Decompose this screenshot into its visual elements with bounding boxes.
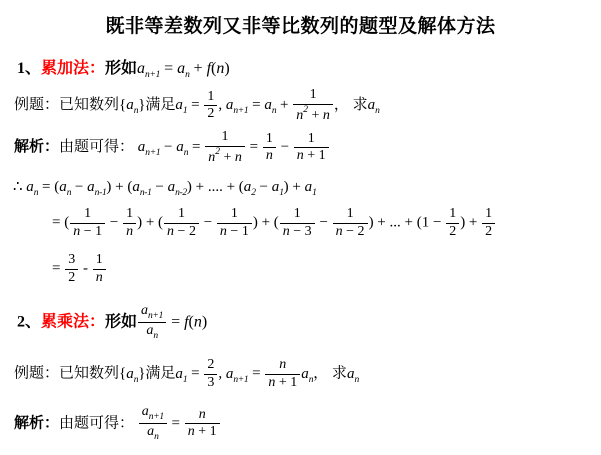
- math-var: an+1: [226, 366, 249, 382]
- subscript: n+1: [145, 148, 160, 158]
- math-symbol: −: [106, 215, 122, 231]
- math-symbol: − 1: [227, 224, 249, 239]
- math-var: n: [283, 224, 290, 239]
- text-run: ， 求: [334, 97, 368, 113]
- fraction-numerator: 1: [204, 89, 217, 106]
- math-var: an-1: [87, 179, 106, 195]
- text-run: 累乘法：: [41, 314, 105, 331]
- fraction-denominator: n2 + n: [205, 146, 245, 167]
- fraction-numerator: an+1: [138, 303, 166, 322]
- math-symbol: 1: [347, 206, 354, 221]
- math-var: n2: [208, 150, 220, 165]
- fraction-denominator: n + 1: [294, 147, 329, 165]
- fraction-denominator: 2: [482, 223, 495, 241]
- math-symbol: 3: [68, 252, 75, 267]
- math-var: an: [26, 179, 38, 195]
- fraction: an+1an: [138, 303, 166, 343]
- math-symbol: ) + (: [106, 179, 132, 195]
- math-symbol: +: [220, 150, 235, 165]
- math-symbol: − 3: [290, 224, 312, 239]
- math-var: n: [194, 314, 202, 331]
- math-var: an-1: [132, 179, 151, 195]
- fraction-numerator: 1: [93, 252, 106, 269]
- math-var: n2: [296, 108, 308, 123]
- math-symbol: 2: [68, 270, 75, 285]
- subscript: n+1: [233, 375, 248, 385]
- fraction-denominator: n: [123, 223, 136, 241]
- subscript: n-1: [140, 188, 152, 198]
- math-symbol: 1: [231, 206, 238, 221]
- math-var: n: [266, 148, 273, 163]
- fraction-denominator: n + 1: [185, 423, 220, 441]
- math-symbol: 1: [178, 206, 185, 221]
- math-var: a1: [272, 179, 284, 195]
- section2-analysis: 解析：由题可得： an+1an = nn + 1: [14, 404, 221, 444]
- document-page: 既非等差数列又非等比数列的题型及解体方法 1、累加法：形如an+1 = an +…: [0, 0, 601, 455]
- math-symbol: 2: [207, 357, 214, 372]
- fraction-denominator: 3: [204, 374, 217, 392]
- text-run: 累加法：: [41, 60, 105, 77]
- fraction: an+1an: [139, 404, 167, 444]
- subscript: n-2: [175, 188, 187, 198]
- fraction: 12: [482, 206, 495, 241]
- section1-expansion: = (1n − 1 − 1n) + (1n − 2 − 1n − 1) + (1…: [52, 206, 496, 241]
- math-symbol: ) +: [460, 215, 481, 231]
- subscript: n-1: [95, 188, 107, 198]
- fraction: 1n: [93, 252, 106, 287]
- math-symbol: −: [200, 215, 216, 231]
- math-symbol: −: [256, 179, 272, 195]
- math-var: an: [146, 323, 157, 338]
- math-symbol: + 1: [275, 375, 297, 390]
- fraction: 1n − 1: [70, 206, 105, 241]
- subscript: n: [154, 432, 158, 442]
- math-var: an: [126, 366, 138, 382]
- fraction: 1n − 2: [333, 206, 368, 241]
- math-symbol: ) + (: [137, 215, 163, 231]
- text-run: 满足: [145, 366, 175, 382]
- math-symbol: 1: [207, 89, 214, 104]
- fraction: nn + 1: [265, 357, 300, 392]
- math-var: n: [279, 357, 286, 372]
- math-symbol: =: [167, 314, 184, 331]
- fraction: 23: [204, 357, 217, 392]
- math-var: n: [323, 108, 330, 123]
- fraction-numerator: an+1: [139, 404, 167, 423]
- math-symbol: 1: [485, 206, 492, 221]
- math-symbol: [134, 415, 138, 431]
- text-run: 由题可得：: [59, 415, 134, 431]
- math-symbol: − 1: [80, 224, 102, 239]
- math-var: an-2: [168, 179, 187, 195]
- math-symbol: −: [152, 179, 168, 195]
- math-symbol: =: [187, 97, 203, 113]
- math-var: n: [220, 224, 227, 239]
- text-run: 解析：: [14, 415, 59, 431]
- text-run: 1、: [17, 60, 41, 77]
- math-var: n: [336, 224, 343, 239]
- math-symbol: =: [160, 60, 177, 77]
- math-symbol: −: [277, 139, 293, 155]
- fraction-numerator: n: [185, 407, 220, 424]
- math-symbol: =: [248, 97, 264, 113]
- math-var: an: [368, 97, 380, 113]
- math-var: n: [126, 224, 133, 239]
- fraction-numerator: 1: [164, 206, 199, 223]
- math-symbol: 1: [294, 206, 301, 221]
- math-symbol: =: [188, 139, 204, 155]
- fraction-numerator: 1: [280, 206, 315, 223]
- math-symbol: = (: [52, 215, 69, 231]
- math-symbol: ) +: [284, 179, 305, 195]
- math-var: an+1: [138, 139, 161, 155]
- subscript: n+1: [145, 70, 160, 80]
- math-symbol: =: [52, 261, 64, 277]
- math-symbol: +: [276, 97, 292, 113]
- subscript: n: [153, 331, 157, 341]
- text-run: 例题：: [14, 97, 59, 113]
- text-run: 例题：: [14, 366, 59, 382]
- math-symbol: 1: [310, 87, 317, 102]
- fraction-numerator: 1: [217, 206, 252, 223]
- section1-analysis: 解析：由题可得： an+1 − an = 1n2 + n = 1n − 1n +…: [14, 129, 330, 167]
- math-var: an: [177, 60, 189, 77]
- fraction: 1n + 1: [294, 131, 329, 166]
- section1-heading: 1、累加法：形如an+1 = an + f(n): [17, 55, 230, 80]
- math-symbol: 2: [485, 224, 492, 239]
- math-symbol: =: [246, 139, 262, 155]
- fraction-numerator: 1: [294, 131, 329, 148]
- math-symbol: ) + ... + (1 −: [369, 215, 446, 231]
- subscript: n+1: [233, 106, 248, 116]
- text-run: ， 求: [313, 366, 347, 382]
- fraction: 1n2 + n: [293, 87, 333, 125]
- fraction-denominator: 2: [65, 269, 78, 287]
- math-var: an+1: [137, 60, 160, 77]
- fraction-denominator: n: [93, 269, 106, 287]
- fraction-denominator: n − 3: [280, 223, 315, 241]
- section1-result: = 32 - 1n: [52, 252, 107, 287]
- fraction-denominator: n − 1: [217, 223, 252, 241]
- text-run: 由题可得：: [59, 139, 134, 155]
- math-var: n: [199, 407, 206, 422]
- math-symbol: ∴: [13, 179, 26, 195]
- fraction-numerator: 1: [205, 129, 245, 146]
- math-symbol: 1: [222, 129, 229, 144]
- subscript: n: [375, 106, 379, 116]
- subscript: n+1: [149, 412, 164, 422]
- fraction-numerator: 1: [70, 206, 105, 223]
- math-symbol: 3: [207, 375, 214, 390]
- math-var: n: [297, 148, 304, 163]
- math-symbol: + 1: [304, 148, 326, 163]
- math-var: n: [235, 150, 242, 165]
- math-symbol: -: [79, 261, 92, 277]
- fraction: 1n: [123, 206, 136, 241]
- text-run: 已知数列: [59, 366, 119, 382]
- text-run: 形如: [105, 60, 137, 77]
- math-symbol: ,: [218, 366, 226, 382]
- math-symbol: 1: [266, 131, 273, 146]
- math-symbol: −: [160, 139, 176, 155]
- math-symbol: − 2: [343, 224, 365, 239]
- fraction-denominator: n − 2: [164, 223, 199, 241]
- subscript: n+1: [148, 311, 163, 321]
- section1-telescope: ∴ an = (an − an-1) + (an-1 − an-2) + ...…: [13, 177, 317, 198]
- math-symbol: ): [224, 60, 229, 77]
- fraction-denominator: 2: [204, 105, 217, 123]
- fraction: 1n − 2: [164, 206, 199, 241]
- text-run: 已知数列: [59, 97, 119, 113]
- math-symbol: ,: [218, 97, 226, 113]
- fraction: 1n − 1: [217, 206, 252, 241]
- math-symbol: =: [187, 366, 203, 382]
- math-symbol: +: [308, 108, 323, 123]
- fraction-numerator: 1: [123, 206, 136, 223]
- math-symbol: + 1: [195, 424, 217, 439]
- math-symbol: 1: [96, 252, 103, 267]
- math-symbol: 2: [207, 106, 214, 121]
- text-run: 形如: [105, 314, 137, 331]
- fraction-numerator: 1: [333, 206, 368, 223]
- subscript: n: [354, 375, 358, 385]
- math-var: a1: [305, 179, 317, 195]
- fraction-numerator: 1: [293, 87, 333, 104]
- fraction-denominator: n − 2: [333, 223, 368, 241]
- math-var: an+1: [142, 404, 164, 419]
- math-symbol: ): [202, 314, 207, 331]
- math-symbol: −: [71, 179, 87, 195]
- math-symbol: 1: [84, 206, 91, 221]
- fraction-numerator: 1: [446, 206, 459, 223]
- fraction-denominator: n − 1: [70, 223, 105, 241]
- fraction: 12: [204, 89, 217, 124]
- math-symbol: = (: [38, 179, 59, 195]
- fraction: 1n: [263, 131, 276, 166]
- fraction: 1n − 3: [280, 206, 315, 241]
- math-var: an: [347, 366, 359, 382]
- math-symbol: ) + .... + (: [187, 179, 244, 195]
- math-var: a1: [175, 366, 187, 382]
- fraction-denominator: an: [139, 423, 167, 443]
- math-var: an: [147, 424, 158, 439]
- fraction-numerator: n: [265, 357, 300, 374]
- math-var: an: [176, 139, 188, 155]
- math-var: a2: [244, 179, 256, 195]
- math-var: an: [301, 366, 313, 382]
- math-var: n: [188, 424, 195, 439]
- fraction-denominator: n2 + n: [293, 104, 333, 125]
- fraction-numerator: 1: [263, 131, 276, 148]
- math-symbol: 1: [126, 206, 133, 221]
- fraction-denominator: an: [138, 322, 166, 342]
- math-var: n: [96, 270, 103, 285]
- section1-example: 例题：已知数列{an}满足a1 = 12, an+1 = an + 1n2 + …: [14, 87, 380, 125]
- math-symbol: 1: [449, 206, 456, 221]
- section2-heading: 2、累乘法：形如an+1an = f(n): [17, 303, 207, 343]
- math-symbol: +: [190, 60, 207, 77]
- fraction: nn + 1: [185, 407, 220, 442]
- math-var: an+1: [141, 303, 163, 318]
- fraction-numerator: 2: [204, 357, 217, 374]
- text-run: 满足: [145, 97, 175, 113]
- math-var: an: [59, 179, 71, 195]
- math-var: an+1: [226, 97, 249, 113]
- math-var: a1: [175, 97, 187, 113]
- fraction-denominator: 2: [446, 223, 459, 241]
- fraction-numerator: 1: [482, 206, 495, 223]
- math-symbol: 1: [308, 131, 315, 146]
- fraction: 1n2 + n: [205, 129, 245, 167]
- math-var: n: [167, 224, 174, 239]
- text-run: 2、: [17, 314, 41, 331]
- section2-example: 例题：已知数列{an}满足a1 = 23, an+1 = nn + 1an， 求…: [14, 357, 359, 392]
- text-run: 解析：: [14, 139, 59, 155]
- fraction: 12: [446, 206, 459, 241]
- math-symbol: =: [168, 415, 184, 431]
- math-symbol: 2: [449, 224, 456, 239]
- fraction-denominator: n: [263, 147, 276, 165]
- math-var: an: [264, 97, 276, 113]
- math-symbol: ) + (: [253, 215, 279, 231]
- math-var: an: [126, 97, 138, 113]
- subscript: 1: [312, 188, 316, 198]
- fraction-denominator: n + 1: [265, 374, 300, 392]
- math-symbol: − 2: [174, 224, 196, 239]
- fraction-numerator: 3: [65, 252, 78, 269]
- page-title: 既非等差数列又非等比数列的题型及解体方法: [0, 11, 601, 38]
- math-symbol: −: [316, 215, 332, 231]
- fraction: 32: [65, 252, 78, 287]
- math-symbol: =: [248, 366, 264, 382]
